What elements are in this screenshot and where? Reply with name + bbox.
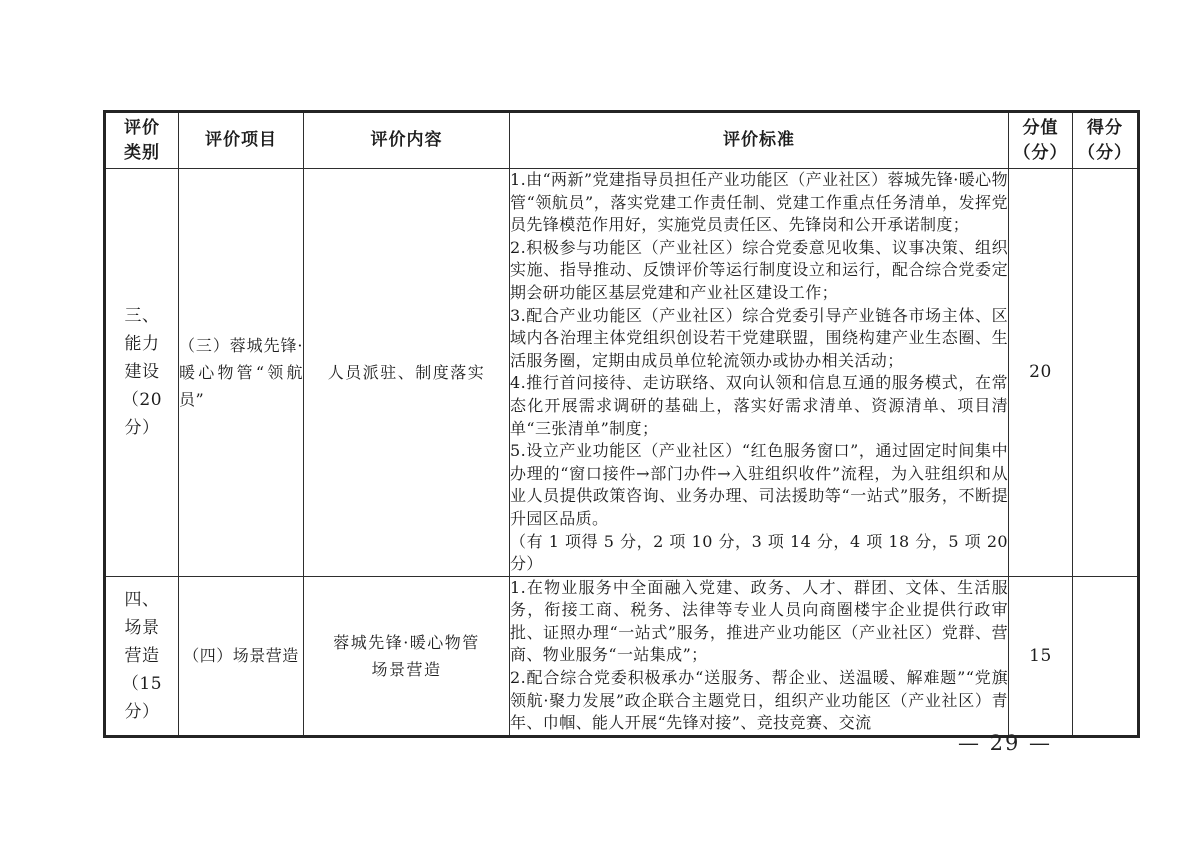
content-cell: 蓉城先锋·暖心物管 场景营造 — [304, 576, 510, 736]
header-evaluation-category: 评价 类别 — [105, 112, 179, 169]
standard-item: 5.设立产业功能区（产业社区）“红色服务窗口”，通过固定时间集中办理的“窗口接件… — [510, 440, 1008, 530]
table-header-row: 评价 类别 评价项目 评价内容 评价标准 分值 （分） 得分 （分） — [105, 112, 1139, 169]
header-score-value: 分值 （分） — [1009, 112, 1073, 169]
header-evaluation-standard: 评价标准 — [510, 112, 1009, 169]
score-obtained-cell — [1073, 169, 1139, 577]
category-cell: 三、 能力 建设 （20 分） — [105, 169, 179, 577]
header-evaluation-project: 评价项目 — [179, 112, 304, 169]
project-cell: （四）场景营造 — [179, 576, 304, 736]
score-value-cell: 15 — [1009, 576, 1073, 736]
standard-item: 1.在物业服务中全面融入党建、政务、人才、群团、文体、生活服务，衔接工商、税务、… — [510, 577, 1008, 667]
category-cell: 四、 场景 营造 （15 分） — [105, 576, 179, 736]
project-cell: （三）蓉城先锋·暖心物管“领航员” — [179, 169, 304, 577]
header-evaluation-content: 评价内容 — [304, 112, 510, 169]
page-number: — 29 — — [940, 731, 1070, 755]
standard-item: 1.由“两新”党建指导员担任产业功能区（产业社区）蓉城先锋·暖心物管“领航员”，… — [510, 169, 1008, 237]
table-row-scene-creation: 四、 场景 营造 （15 分） （四）场景营造 蓉城先锋·暖心物管 场景营造 1… — [105, 576, 1139, 736]
content-cell: 人员派驻、制度落实 — [304, 169, 510, 577]
standards-cell: 1.在物业服务中全面融入党建、政务、人才、群团、文体、生活服务，衔接工商、税务、… — [510, 576, 1009, 736]
standard-scoring-note: （有 1 项得 5 分，2 项 10 分，3 项 14 分，4 项 18 分，5… — [510, 531, 1008, 576]
standard-item: 2.积极参与功能区（产业社区）综合党委意见收集、议事决策、组织实施、指导推动、反… — [510, 237, 1008, 305]
standards-cell: 1.由“两新”党建指导员担任产业功能区（产业社区）蓉城先锋·暖心物管“领航员”，… — [510, 169, 1009, 577]
standard-item: 3.配合产业功能区（产业社区）综合党委引导产业链各市场主体、区域内各治理主体党组… — [510, 305, 1008, 373]
evaluation-criteria-table: 评价 类别 评价项目 评价内容 评价标准 分值 （分） 得分 （分） 三、 能力… — [103, 110, 1140, 738]
standard-item: 4.推行首问接待、走访联络、双向认领和信息互通的服务模式，在常态化开展需求调研的… — [510, 372, 1008, 440]
standard-item: 2.配合综合党委积极承办“送服务、帮企业、送温暖、解难题”“党旗领航·聚力发展”… — [510, 667, 1008, 735]
score-value-cell: 20 — [1009, 169, 1073, 577]
header-score-obtained: 得分 （分） — [1073, 112, 1139, 169]
table-row-capacity-building: 三、 能力 建设 （20 分） （三）蓉城先锋·暖心物管“领航员” 人员派驻、制… — [105, 169, 1139, 577]
score-obtained-cell — [1073, 576, 1139, 736]
